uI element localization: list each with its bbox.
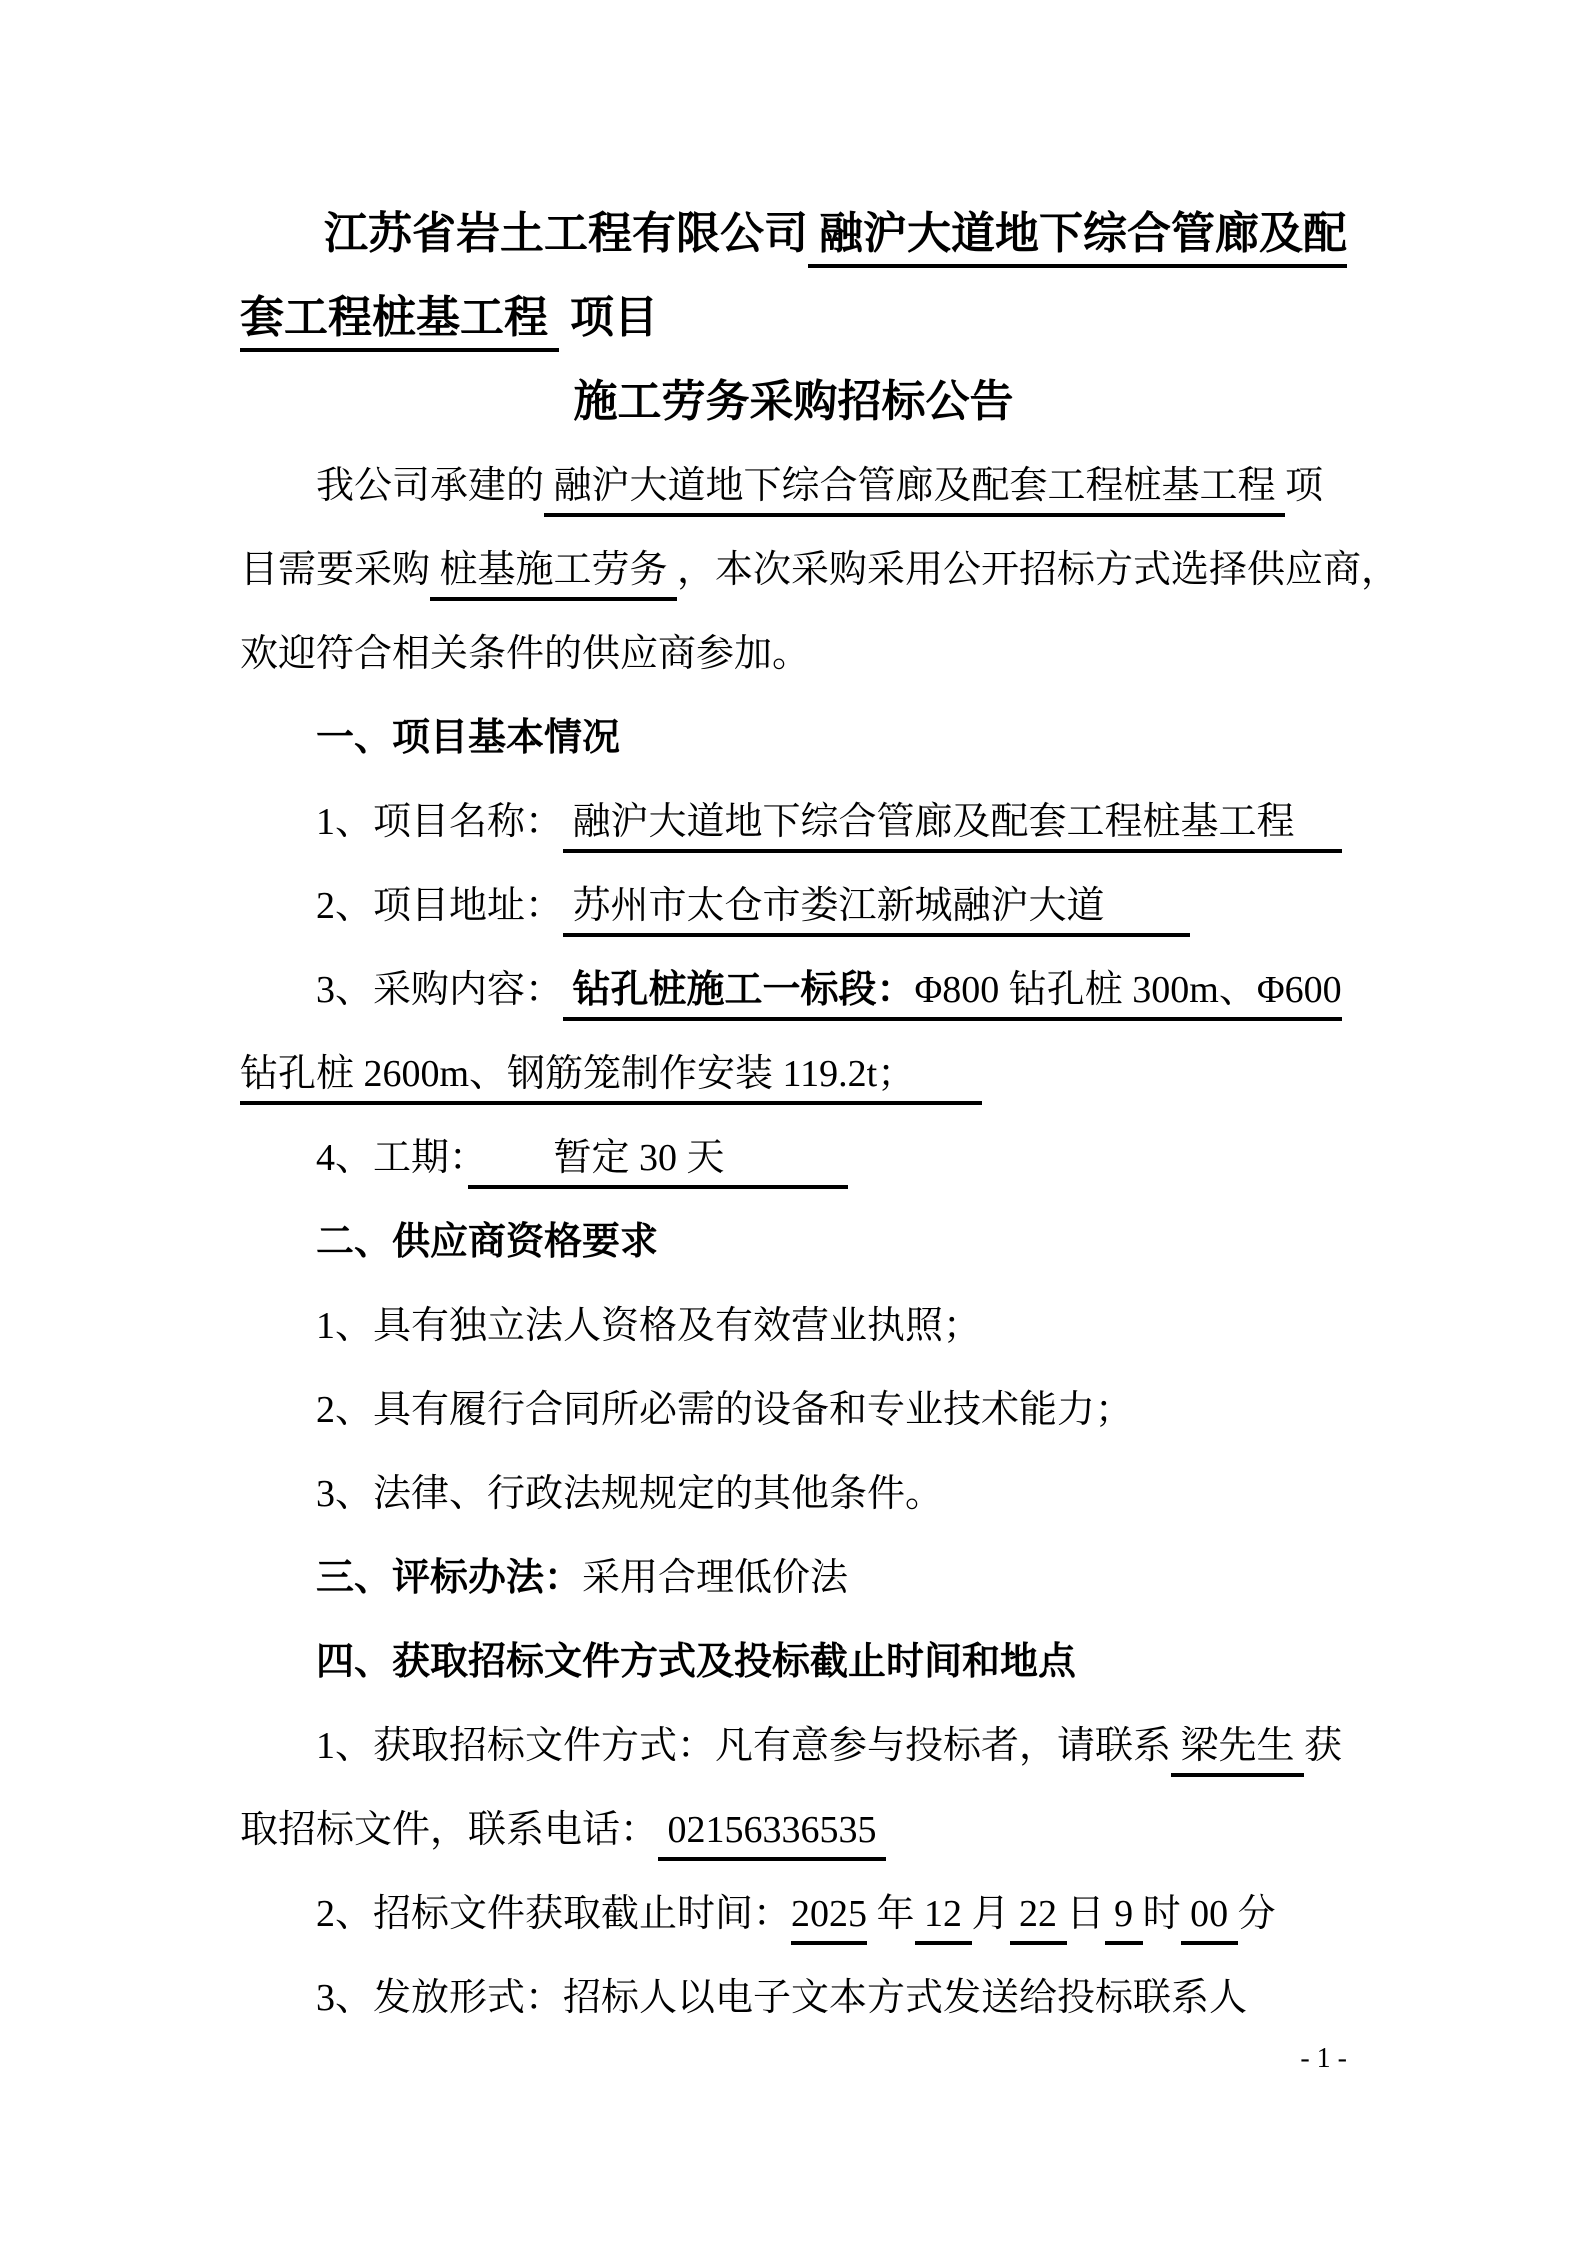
section-3-heading-text: 三、评标办法： (316, 1557, 582, 1599)
section-2-heading-text: 二、供应商资格要求 (316, 1221, 658, 1263)
obtain-documents-line-1: 1、获取招标文件方式：凡有意参与投标者，请联系 梁先生 获 (240, 1704, 1347, 1788)
procurement-spec-line-1: Φ800 钻孔桩 300m、Φ600 (915, 969, 1342, 1021)
subtitle-text: 施工劳务采购招标公告 (574, 377, 1014, 426)
intro-prefix: 我公司承建的 (316, 465, 544, 507)
page-number: - 1 - (1300, 2042, 1347, 2076)
deadline-day-unit: 日 (1067, 1893, 1105, 1935)
item-project-address-label: 2、项目地址： (316, 885, 563, 927)
section-2-heading: 二、供应商资格要求 (240, 1200, 1347, 1284)
procurement-spec-line-2: 钻孔桩 2600m、钢筋笼制作安装 119.2t； (240, 1053, 982, 1105)
section-4-heading-text: 四、获取招标文件方式及投标截止时间和地点 (316, 1641, 1076, 1683)
deadline-minute-underlined: 00 (1181, 1893, 1238, 1945)
deadline-line: 2、招标文件获取截止时间：2025 年 12 月 22 日 9 时 00 分 (240, 1872, 1347, 1956)
supplier-requirement-3: 3、法律、行政法规规定的其他条件。 (240, 1452, 1347, 1536)
item-construction-period-value: 暂定 30 天 (468, 1137, 848, 1189)
company-name: 江苏省岩土工程有限公司 (324, 209, 808, 258)
deadline-year-unit: 年 (867, 1893, 915, 1935)
item-construction-period: 4、工期： 暂定 30 天 (240, 1116, 1347, 1200)
obtain-documents-prefix: 1、获取招标文件方式：凡有意参与投标者，请联系 (316, 1725, 1171, 1767)
intro-line-3: 欢迎符合相关条件的供应商参加。 (240, 612, 1347, 696)
distribution-method-text: 3、发放形式：招标人以电子文本方式发送给投标联系人 (316, 1977, 1247, 2019)
supplier-requirement-3-text: 3、法律、行政法规规定的其他条件。 (316, 1473, 943, 1515)
project-name-underlined-part-1: 融沪大道地下综合管廊及配 (808, 209, 1347, 268)
deadline-day-underlined: 22 (1010, 1893, 1067, 1945)
item-project-name-label: 1、项目名称： (316, 801, 563, 843)
intro-line-2-prefix: 目需要采购 (240, 549, 430, 591)
item-project-address: 2、项目地址： 苏州市太仓市娄江新城融沪大道 (240, 864, 1347, 948)
section-1-heading: 一、项目基本情况 (240, 696, 1347, 780)
deadline-year-underlined: 2025 (791, 1893, 867, 1945)
document-content: 江苏省岩土工程有限公司 融沪大道地下综合管廊及配 套工程桩基工程 项目 施工劳务… (240, 192, 1347, 2040)
intro-line-1: 我公司承建的 融沪大道地下综合管廊及配套工程桩基工程 项 (240, 444, 1347, 528)
distribution-method-line: 3、发放形式：招标人以电子文本方式发送给投标联系人 (240, 1956, 1347, 2040)
document-title-line-2: 套工程桩基工程 项目 (240, 276, 1347, 360)
supplier-requirement-1: 1、具有独立法人资格及有效营业执照； (240, 1284, 1347, 1368)
obtain-documents-line-2: 取招标文件，联系电话： 02156336535 (240, 1788, 1347, 1872)
contact-phone-label: 取招标文件，联系电话： (240, 1809, 658, 1851)
item-procurement-content-line-1: 3、采购内容： 钻孔桩施工一标段：Φ800 钻孔桩 300m、Φ600 (240, 948, 1347, 1032)
intro-service-underlined: 桩基施工劳务 (430, 549, 677, 601)
supplier-requirement-1-text: 1、具有独立法人资格及有效营业执照； (316, 1305, 981, 1347)
deadline-hour-underlined: 9 (1105, 1893, 1143, 1945)
procurement-bid-section-bold: 钻孔桩施工一标段： (563, 969, 915, 1021)
section-3-method-text: 采用合理低价法 (582, 1557, 848, 1599)
contact-phone-number-underlined: 02156336535 (658, 1809, 886, 1861)
intro-project-name-underlined: 融沪大道地下综合管廊及配套工程桩基工程 (544, 465, 1285, 517)
item-procurement-content-line-2: 钻孔桩 2600m、钢筋笼制作安装 119.2t； (240, 1032, 1347, 1116)
intro-line-2-suffix: ，本次采购采用公开招标方式选择供应商， (677, 549, 1399, 591)
intro-line-1-suffix: 项 (1285, 465, 1323, 507)
item-project-name: 1、项目名称： 融沪大道地下综合管廊及配套工程桩基工程 (240, 780, 1347, 864)
deadline-label: 2、招标文件获取截止时间： (316, 1893, 791, 1935)
obtain-documents-line-1-suffix: 获 (1304, 1725, 1342, 1767)
document-title-line-1: 江苏省岩土工程有限公司 融沪大道地下综合管廊及配 (240, 192, 1347, 276)
supplier-requirement-2: 2、具有履行合同所必需的设备和专业技术能力； (240, 1368, 1347, 1452)
project-name-underlined-part-2: 套工程桩基工程 (240, 293, 559, 352)
intro-line-3-text: 欢迎符合相关条件的供应商参加。 (240, 633, 810, 675)
section-4-heading: 四、获取招标文件方式及投标截止时间和地点 (240, 1620, 1347, 1704)
item-project-name-value: 融沪大道地下综合管廊及配套工程桩基工程 (563, 801, 1342, 853)
deadline-minute-unit: 分 (1238, 1893, 1276, 1935)
item-construction-period-label: 4、工期： (316, 1137, 468, 1179)
intro-line-2: 目需要采购 桩基施工劳务 ，本次采购采用公开招标方式选择供应商， (240, 528, 1347, 612)
document-subtitle: 施工劳务采购招标公告 (240, 360, 1347, 444)
item-procurement-content-label: 3、采购内容： (316, 969, 563, 1011)
deadline-month-underlined: 12 (915, 1893, 972, 1945)
contact-person-underlined: 梁先生 (1171, 1725, 1304, 1777)
supplier-requirement-2-text: 2、具有履行合同所必需的设备和专业技术能力； (316, 1389, 1133, 1431)
section-3-heading-line: 三、评标办法：采用合理低价法 (240, 1536, 1347, 1620)
document-page: 江苏省岩土工程有限公司 融沪大道地下综合管廊及配 套工程桩基工程 项目 施工劳务… (0, 0, 1587, 2245)
deadline-month-unit: 月 (972, 1893, 1010, 1935)
item-project-address-value: 苏州市太仓市娄江新城融沪大道 (563, 885, 1190, 937)
section-1-heading-text: 一、项目基本情况 (316, 717, 620, 759)
deadline-hour-unit: 时 (1143, 1893, 1181, 1935)
title-project-suffix: 项目 (559, 293, 658, 342)
